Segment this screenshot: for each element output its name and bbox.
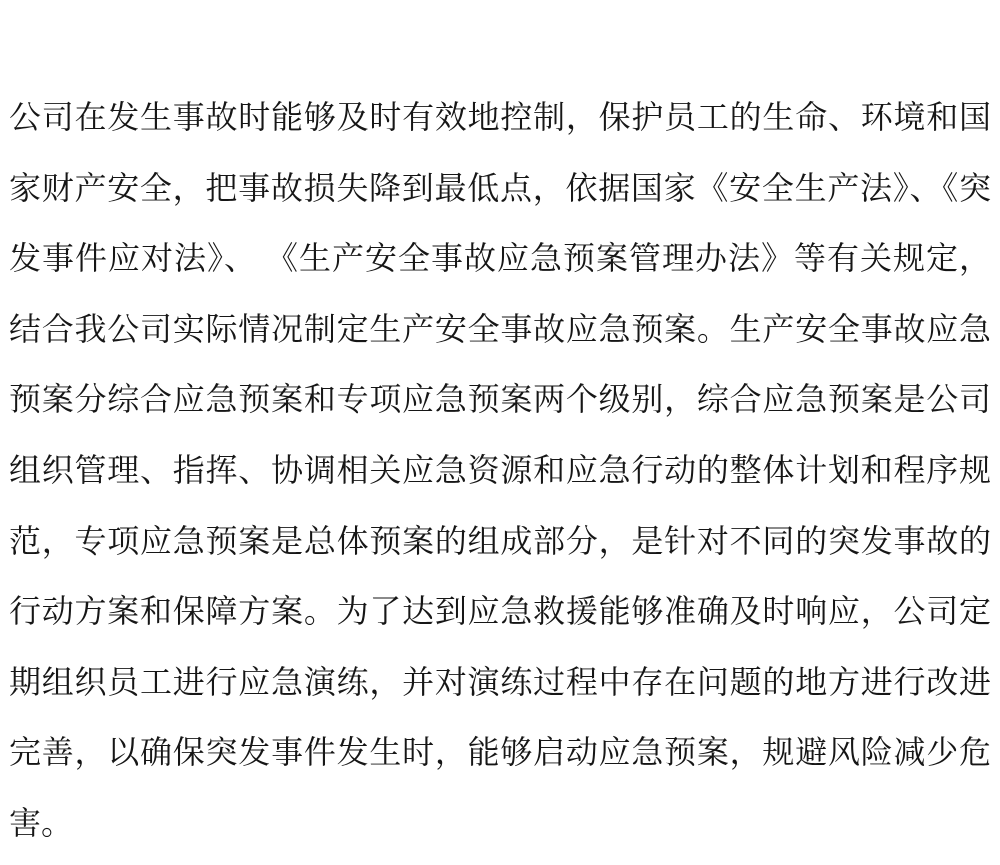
paragraph-line-7: 范，专项应急预案是总体预案的组成部分，是针对不同的突发事故的 [9,506,991,577]
paragraph-line-1: 公司在发生事故时能够及时有效地控制，保护员工的生命、环境和国 [9,82,991,153]
paragraph-line-6: 组织管理、指挥、协调相关应急资源和应急行动的整体计划和程序规 [9,435,991,506]
paragraph-line-4: 结合我公司实际情况制定生产安全事故应急预案。生产安全事故应急 [9,294,991,365]
paragraph-line-2: 家财产安全，把事故损失降到最低点，依据国家《安全生产法》、《突 [9,153,991,224]
paragraph-line-5: 预案分综合应急预案和专项应急预案两个级别，综合应急预案是公司 [9,364,991,435]
document-page: 公司在发生事故时能够及时有效地控制，保护员工的生命、环境和国 家财产安全，把事故… [0,0,1000,865]
paragraph-line-9: 期组织员工进行应急演练，并对演练过程中存在问题的地方进行改进 [9,647,991,718]
paragraph-line-3: 发事件应对法》、 《生产安全事故应急预案管理办法》等有关规定， [9,223,991,294]
paragraph-line-10: 完善，以确保突发事件发生时，能够启动应急预案，规避风险减少危 [9,717,991,788]
paragraph-line-8: 行动方案和保障方案。为了达到应急救援能够准确及时响应，公司定 [9,576,991,647]
paragraph-line-11: 害。 [9,788,991,859]
